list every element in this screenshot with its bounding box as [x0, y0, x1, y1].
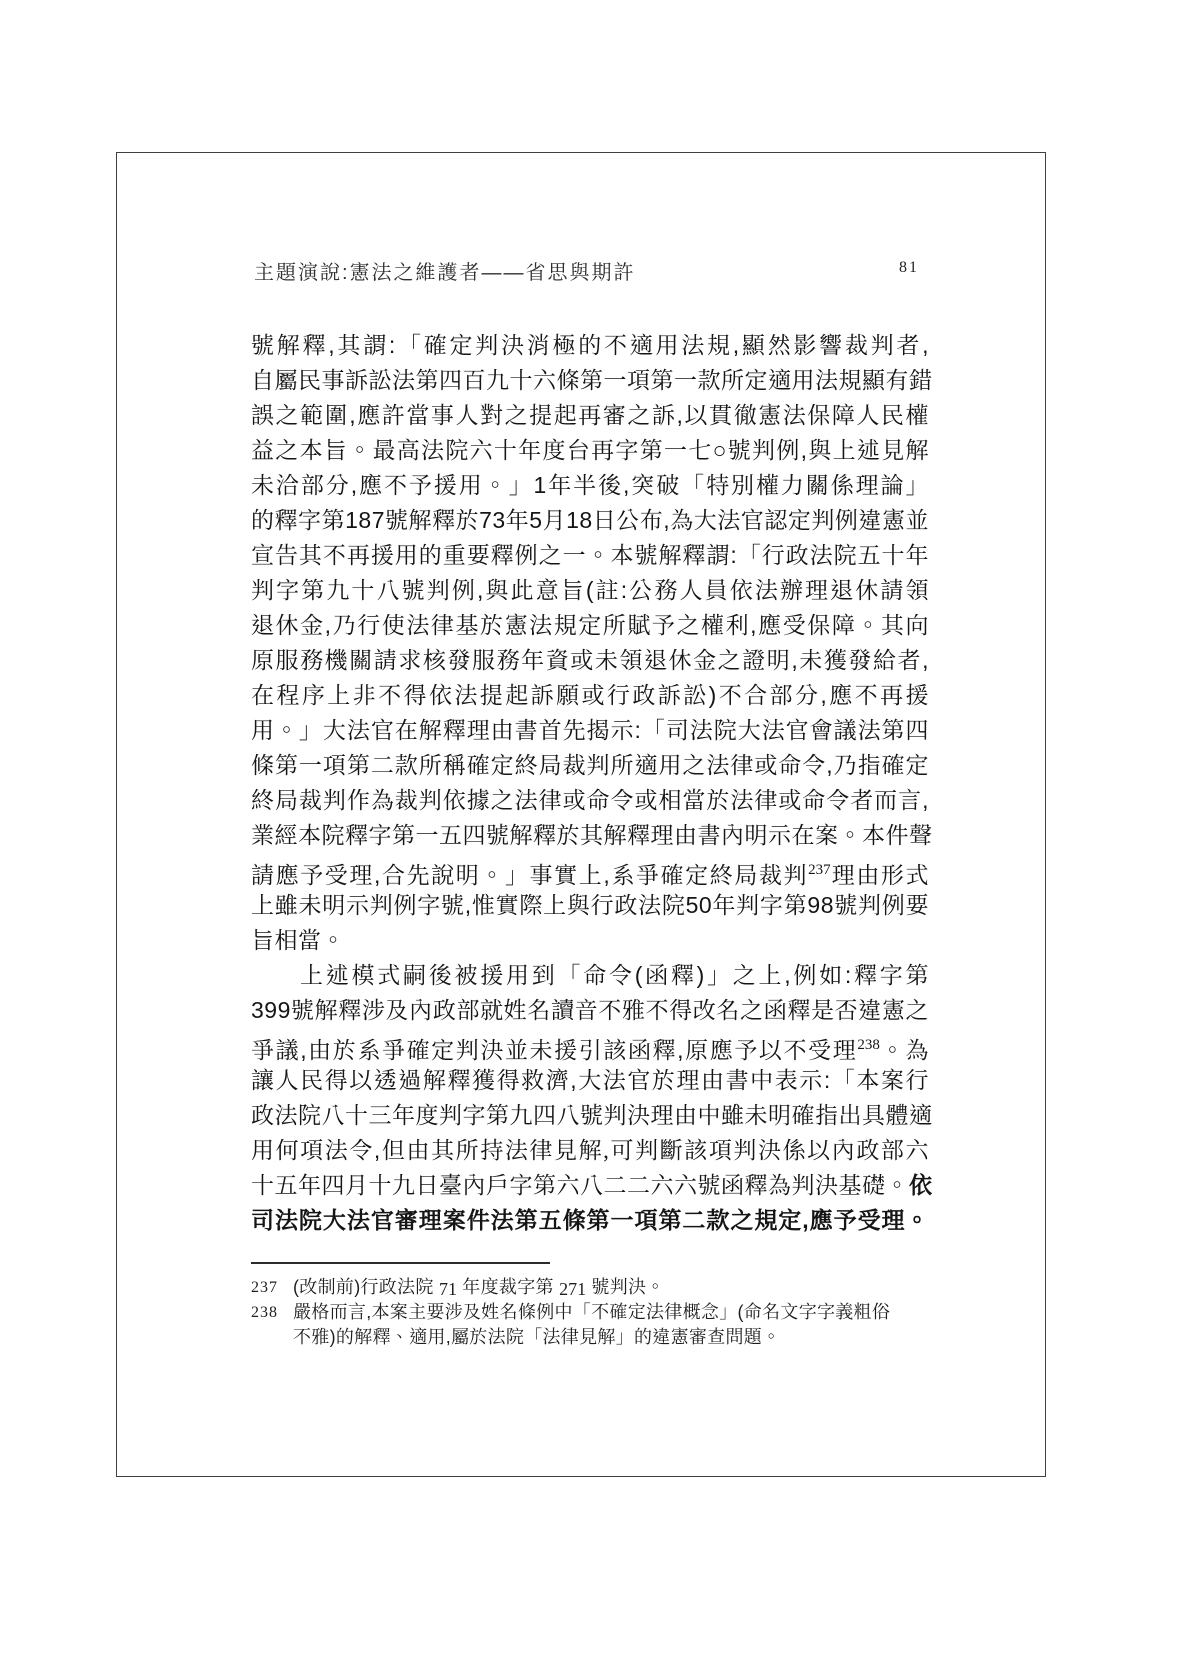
footnote-line: 237(改制前)行政法院 71 年度裁字第 271 號判決。 [251, 1275, 933, 1300]
body-line: 399號解釋涉及內政部就姓名讀音不雅不得改名之函釋是否違憲之 [251, 993, 929, 1028]
body-line: 司法院大法官審理案件法第五條第一項第二款之規定,應予受理。 [251, 1203, 929, 1238]
running-header-title: 主題演說:憲法之維護者——省思與期許 [254, 256, 636, 285]
text-segment: 號解釋,其謂:「確定判決消極的不適用法規,顯然影響裁判者, [251, 332, 929, 358]
footnote-line: 238嚴格而言,本案主要涉及姓名條例中「不確定法律概念」(命名文字字義粗俗 [251, 1300, 933, 1325]
text-segment: 政法院八十三年度判字第九四八號判決理由中雖未明確指出具體適 [251, 1102, 933, 1128]
text-segment: 年度裁字第 [457, 1277, 559, 1297]
footnote-reference: 238 [857, 1037, 880, 1053]
body-line: 十五年四月十九日臺內戶字第六八二二六六號函釋為判決基礎。依 [251, 1168, 929, 1203]
footnote-text: 嚴格而言,本案主要涉及姓名條例中「不確定法律概念」(命名文字字義粗俗 [293, 1300, 933, 1325]
scanned-page-canvas: 主題演說:憲法之維護者——省思與期許 81 號解釋,其謂:「確定判決消極的不適用… [0, 0, 1177, 1664]
body-line: 判字第九十八號判例,與此意旨(註:公務人員依法辦理退休請領 [251, 573, 929, 608]
text-segment: 用。」大法官在解釋理由書首先揭示:「司法院大法官會議法第四 [251, 717, 929, 743]
body-line: 業經本院釋字第一五四號解釋於其解釋理由書內明示在案。本件聲 [251, 818, 929, 853]
text-segment: 讓人民得以透過解釋獲得救濟,大法官於理由書中表示:「本案行 [251, 1067, 929, 1093]
text-segment: 退休金,乃行使法律基於憲法規定所賦予之權利,應受保障。其向 [251, 612, 929, 638]
body-line: 的釋字第187號解釋於73年5月18日公布,為大法官認定判例違憲並 [251, 503, 929, 538]
body-line: 用何項法令,但由其所持法律見解,可判斷該項判決係以內政部六 [251, 1133, 929, 1168]
body-line: 誤之範圍,應許當事人對之提起再審之訴,以貫徹憲法保障人民權 [251, 398, 929, 433]
footnote-number [251, 1325, 293, 1350]
body-line: 原服務機關請求核發服務年資或未領退休金之證明,未獲發給者, [251, 643, 929, 678]
text-segment: 上雖未明示判例字號,惟實際上與行政法院50年判字第98號判例要 [251, 892, 929, 918]
text-segment: 用何項法令, [251, 1137, 381, 1163]
text-segment: 。為 [880, 1037, 929, 1063]
text-segment: 條第一項第二款所稱確定終局裁判所適用之法律或命令,乃指確定 [251, 752, 929, 778]
footnotes-section: 237(改制前)行政法院 71 年度裁字第 271 號判決。238嚴格而言,本案… [251, 1275, 933, 1350]
body-text: 號解釋,其謂:「確定判決消極的不適用法規,顯然影響裁判者,自屬民事訴訟法第四百九… [251, 328, 929, 1238]
footnote-number: 238 [251, 1300, 293, 1325]
text-segment: 嚴格而言,本案主要涉及姓名條例中「不確定法律概念」(命名文字字義粗俗 [293, 1302, 890, 1322]
footnote-reference: 237 [808, 862, 831, 878]
text-segment: 原服務機關請求核發服務年資或未領退休金之證明,未獲發給者, [251, 647, 929, 673]
text-segment: 宣告其不再援用的重要釋例之一。本號解釋謂:「行政法院五十年 [251, 542, 929, 568]
text-segment: 依 [909, 1172, 933, 1198]
text-segment: 不雅)的解釋、適用,屬於法院「法律見解」的違憲審查問題。 [293, 1327, 780, 1347]
footnote-separator-rule [251, 1262, 550, 1264]
text-segment: 判字第九十八號判例,與此意旨(註:公務人員依法辦理退休請領 [251, 577, 929, 603]
text-segment: 誤之範圍,應許當事人對之提起再審之訴,以貫徹憲法保障人民權 [251, 402, 929, 428]
text-segment: 未洽部分,應不予援用。」1年半後,突破「特別權力關係理論」 [251, 472, 929, 498]
text-segment: 271 [559, 1279, 586, 1299]
page-frame: 主題演說:憲法之維護者——省思與期許 81 號解釋,其謂:「確定判決消極的不適用… [116, 152, 1046, 1477]
text-segment: 71 [439, 1279, 457, 1299]
text-segment: 司法院大法官審理案件法第五條第一項第二款之規定,應予受理。 [251, 1207, 929, 1233]
page-number: 81 [899, 259, 919, 277]
body-line: 上述模式嗣後被援用到「命令(函釋)」之上,例如:釋字第 [251, 958, 929, 993]
text-segment: 請應予受理,合先說明。」事實上,系爭確定終局裁判 [251, 862, 808, 888]
text-segment: 的釋字第187號解釋於73年5月18日公布,為大法官認定判例違憲並 [251, 507, 929, 533]
text-segment: 在程序上非不得依法提起訴願或行政訴訟)不合部分,應不再援 [251, 682, 929, 708]
footnote-text: (改制前)行政法院 71 年度裁字第 271 號判決。 [293, 1275, 933, 1300]
body-line: 上雖未明示判例字號,惟實際上與行政法院50年判字第98號判例要 [251, 888, 929, 923]
footnote-line: 不雅)的解釋、適用,屬於法院「法律見解」的違憲審查問題。 [251, 1325, 933, 1350]
body-line: 號解釋,其謂:「確定判決消極的不適用法規,顯然影響裁判者, [251, 328, 929, 363]
body-line: 用。」大法官在解釋理由書首先揭示:「司法院大法官會議法第四 [251, 713, 929, 748]
text-segment: 399號解釋涉及內政部就姓名讀音不雅不得改名之函釋是否違憲之 [251, 997, 929, 1023]
body-line: 在程序上非不得依法提起訴願或行政訴訟)不合部分,應不再援 [251, 678, 929, 713]
text-segment: 十五年四月十九日臺內戶字第六八二二六六號函釋為判決基礎。 [251, 1173, 909, 1198]
body-line: 益之本旨。最高法院六十年度台再字第一七○號判例,與上述見解 [251, 433, 929, 468]
body-line: 請應予受理,合先說明。」事實上,系爭確定終局裁判237理由形式 [251, 853, 929, 888]
text-segment: 業經本院釋字第一五四號解釋於其解釋理由書內明示在案。本件聲 [251, 822, 933, 848]
text-segment: 但由其所持法律見解,可判斷該項判決係以內政部六 [381, 1138, 929, 1163]
text-segment: 終局裁判作為裁判依據之法律或命令或相當於法律或命令者而言, [251, 787, 929, 813]
body-line: 終局裁判作為裁判依據之法律或命令或相當於法律或命令者而言, [251, 783, 929, 818]
body-line: 旨相當。 [251, 923, 929, 958]
text-segment: 上述模式嗣後被援用到「命令(函釋)」之上,例如:釋字第 [300, 962, 929, 988]
body-line: 爭議,由於系爭確定判決並未援引該函釋,原應予以不受理238。為 [251, 1028, 929, 1063]
body-line: 宣告其不再援用的重要釋例之一。本號解釋謂:「行政法院五十年 [251, 538, 929, 573]
body-line: 自屬民事訴訟法第四百九十六條第一項第一款所定適用法規顯有錯 [251, 363, 929, 398]
body-line: 未洽部分,應不予援用。」1年半後,突破「特別權力關係理論」 [251, 468, 929, 503]
text-segment: 號判決。 [586, 1277, 665, 1297]
text-segment: 爭議,由於系爭確定判決並未援引該函釋,原應予以不受理 [251, 1037, 857, 1063]
text-segment: 旨相當。 [251, 927, 345, 953]
body-line: 讓人民得以透過解釋獲得救濟,大法官於理由書中表示:「本案行 [251, 1063, 929, 1098]
footnote-number: 237 [251, 1275, 293, 1300]
text-segment: 理由形式 [831, 862, 929, 888]
body-line: 退休金,乃行使法律基於憲法規定所賦予之權利,應受保障。其向 [251, 608, 929, 643]
body-line: 條第一項第二款所稱確定終局裁判所適用之法律或命令,乃指確定 [251, 748, 929, 783]
body-line: 政法院八十三年度判字第九四八號判決理由中雖未明確指出具體適 [251, 1098, 929, 1133]
text-segment: 自屬民事訴訟法第四百九十六條第一項第一款所定適用法規顯有錯 [251, 367, 933, 393]
footnote-text: 不雅)的解釋、適用,屬於法院「法律見解」的違憲審查問題。 [293, 1325, 933, 1350]
text-segment: (改制前)行政法院 [293, 1277, 439, 1297]
text-segment: 益之本旨。最高法院六十年度台再字第一七○號判例,與上述見解 [251, 437, 929, 463]
